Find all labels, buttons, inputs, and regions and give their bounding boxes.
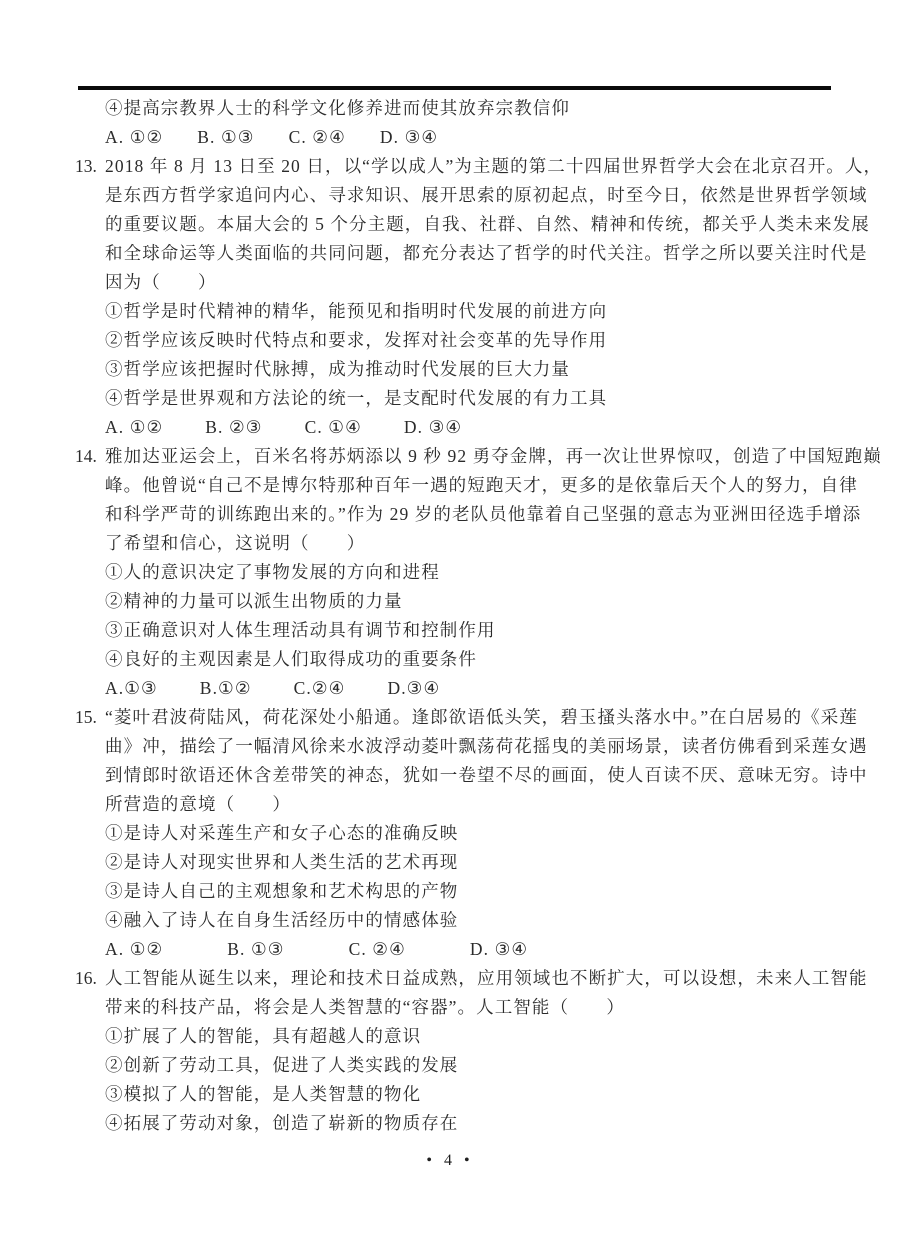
question-13: 13. 2018 年 8 月 13 日至 20 日，以“学以成人”为主题的第二十… (75, 152, 837, 442)
q14-answer-row: A.①③ B.①② C.②④ D.③④ (105, 674, 837, 703)
section-divider-rule (78, 86, 831, 90)
q14-choice-3: ③正确意识对人体生理活动具有调节和控制作用 (105, 616, 837, 645)
q14-choice-2: ②精神的力量可以派生出物质的力量 (105, 587, 837, 616)
question-14-number: 14. (75, 442, 105, 471)
q12-answer-c: C. ②④ (289, 123, 346, 152)
q14-choice-4: ④良好的主观因素是人们取得成功的重要条件 (105, 645, 837, 674)
q13-stem-line: 和全球命运等人类面临的共同问题，都充分表达了哲学的时代关注。哲学之所以要关注时代… (105, 239, 837, 268)
q13-answer-b: B. ②③ (205, 413, 262, 442)
q15-choice-1: ①是诗人对采莲生产和女子心态的准确反映 (105, 819, 837, 848)
page-number: • 4 • (0, 1152, 900, 1170)
question-16: 16. 人工智能从诞生以来，理论和技术日益成熟，应用领域也不断扩大，可以设想，未… (75, 964, 837, 1138)
q16-choice-2: ②创新了劳动工具，促进了人类实践的发展 (105, 1051, 837, 1080)
q13-answer-d: D. ③④ (404, 413, 462, 442)
q15-answer-a: A. ①② (105, 935, 163, 964)
q14-stem-line: 峰。他曾说“自己不是博尔特那种百年一遇的短跑天才，更多的是依靠后天个人的努力，自… (105, 471, 837, 500)
question-14: 14. 雅加达亚运会上，百米名将苏炳添以 9 秒 92 勇夺金牌，再一次让世界惊… (75, 442, 837, 703)
q14-choice-1: ①人的意识决定了事物发展的方向和进程 (105, 558, 837, 587)
question-13-number: 13. (75, 152, 105, 181)
q14-stem-line: 和科学严苛的训练跑出来的。”作为 29 岁的老队员他靠着自己坚强的意志为亚洲田径… (105, 500, 837, 529)
q14-answer-b: B.①② (200, 674, 252, 703)
q16-choice-3: ③模拟了人的智能，是人类智慧的物化 (105, 1080, 837, 1109)
q14-stem-line: 了希望和信心，这说明（ ） (105, 529, 837, 558)
exam-page: ④提高宗教界人士的科学文化修养进而使其放弃宗教信仰 A. ①② B. ①③ C.… (0, 0, 900, 1246)
q16-choice-4: ④拓展了劳动对象，创造了崭新的物质存在 (105, 1109, 837, 1138)
q13-stem-line: 的重要议题。本届大会的 5 个分主题，自我、社群、自然、精神和传统，都关乎人类未… (105, 210, 837, 239)
q12-answer-d: D. ③④ (380, 123, 438, 152)
q13-choice-4: ④哲学是世界观和方法论的统一，是支配时代发展的有力工具 (105, 384, 837, 413)
q13-choice-2: ②哲学应该反映时代特点和要求，发挥对社会变革的先导作用 (105, 326, 837, 355)
q15-answer-c: C. ②④ (349, 935, 406, 964)
q12-option-4: ④提高宗教界人士的科学文化修养进而使其放弃宗教信仰 (105, 94, 837, 123)
q15-choice-4: ④融入了诗人在自身生活经历中的情感体验 (105, 906, 837, 935)
q15-stem-line: 曲》冲，描绘了一幅清风徐来水波浮动菱叶飘荡荷花摇曳的美丽场景，读者仿佛看到采莲女… (105, 732, 837, 761)
q15-choice-2: ②是诗人对现实世界和人类生活的艺术再现 (105, 848, 837, 877)
q15-choice-3: ③是诗人自己的主观想象和艺术构思的产物 (105, 877, 837, 906)
q13-choice-3: ③哲学应该把握时代脉搏，成为推动时代发展的巨大力量 (105, 355, 837, 384)
q12-answer-a: A. ①② (105, 123, 163, 152)
q16-choice-1: ①扩展了人的智能，具有超越人的意识 (105, 1022, 837, 1051)
q12-answer-b: B. ①③ (197, 123, 254, 152)
q16-stem-line: 带来的科技产品，将会是人类智慧的“容器”。人工智能（ ） (105, 993, 837, 1022)
q14-answer-a: A.①③ (105, 674, 158, 703)
question-15-number: 15. (75, 703, 105, 732)
q15-answer-d: D. ③④ (470, 935, 528, 964)
q15-stem-line: “菱叶君波荷陆风，荷花深处小船通。逢郎欲语低头笑，碧玉搔头落水中。”在白居易的《… (105, 703, 837, 732)
q15-answer-row: A. ①② B. ①③ C. ②④ D. ③④ (105, 935, 837, 964)
q16-stem-line: 人工智能从诞生以来，理论和技术日益成熟，应用领域也不断扩大，可以设想，未来人工智… (105, 964, 837, 993)
q14-answer-c: C.②④ (294, 674, 346, 703)
q13-choice-1: ①哲学是时代精神的精华，能预见和指明时代发展的前进方向 (105, 297, 837, 326)
q13-answer-a: A. ①② (105, 413, 163, 442)
exam-content: ④提高宗教界人士的科学文化修养进而使其放弃宗教信仰 A. ①② B. ①③ C.… (75, 94, 837, 1138)
q15-stem-line: 所营造的意境（ ） (105, 790, 837, 819)
question-16-number: 16. (75, 964, 105, 993)
q13-stem-line: 是东西方哲学家追问内心、寻求知识、展开思索的原初起点，时至今日，依然是世界哲学领… (105, 181, 837, 210)
q14-answer-d: D.③④ (387, 674, 440, 703)
q15-answer-b: B. ①③ (227, 935, 284, 964)
q13-answer-row: A. ①② B. ②③ C. ①④ D. ③④ (105, 413, 837, 442)
question-15: 15. “菱叶君波荷陆风，荷花深处小船通。逢郎欲语低头笑，碧玉搔头落水中。”在白… (75, 703, 837, 964)
q13-stem-line: 因为（ ） (105, 268, 837, 297)
q12-answer-row: A. ①② B. ①③ C. ②④ D. ③④ (105, 123, 837, 152)
q14-stem-line: 雅加达亚运会上，百米名将苏炳添以 9 秒 92 勇夺金牌，再一次让世界惊叹，创造… (105, 442, 837, 471)
q13-answer-c: C. ①④ (305, 413, 362, 442)
q13-stem-line: 2018 年 8 月 13 日至 20 日，以“学以成人”为主题的第二十四届世界… (105, 152, 837, 181)
q15-stem-line: 到情郎时欲语还休含差带笑的神态，犹如一卷望不尽的画面，使人百读不厌、意味无穷。诗… (105, 761, 837, 790)
